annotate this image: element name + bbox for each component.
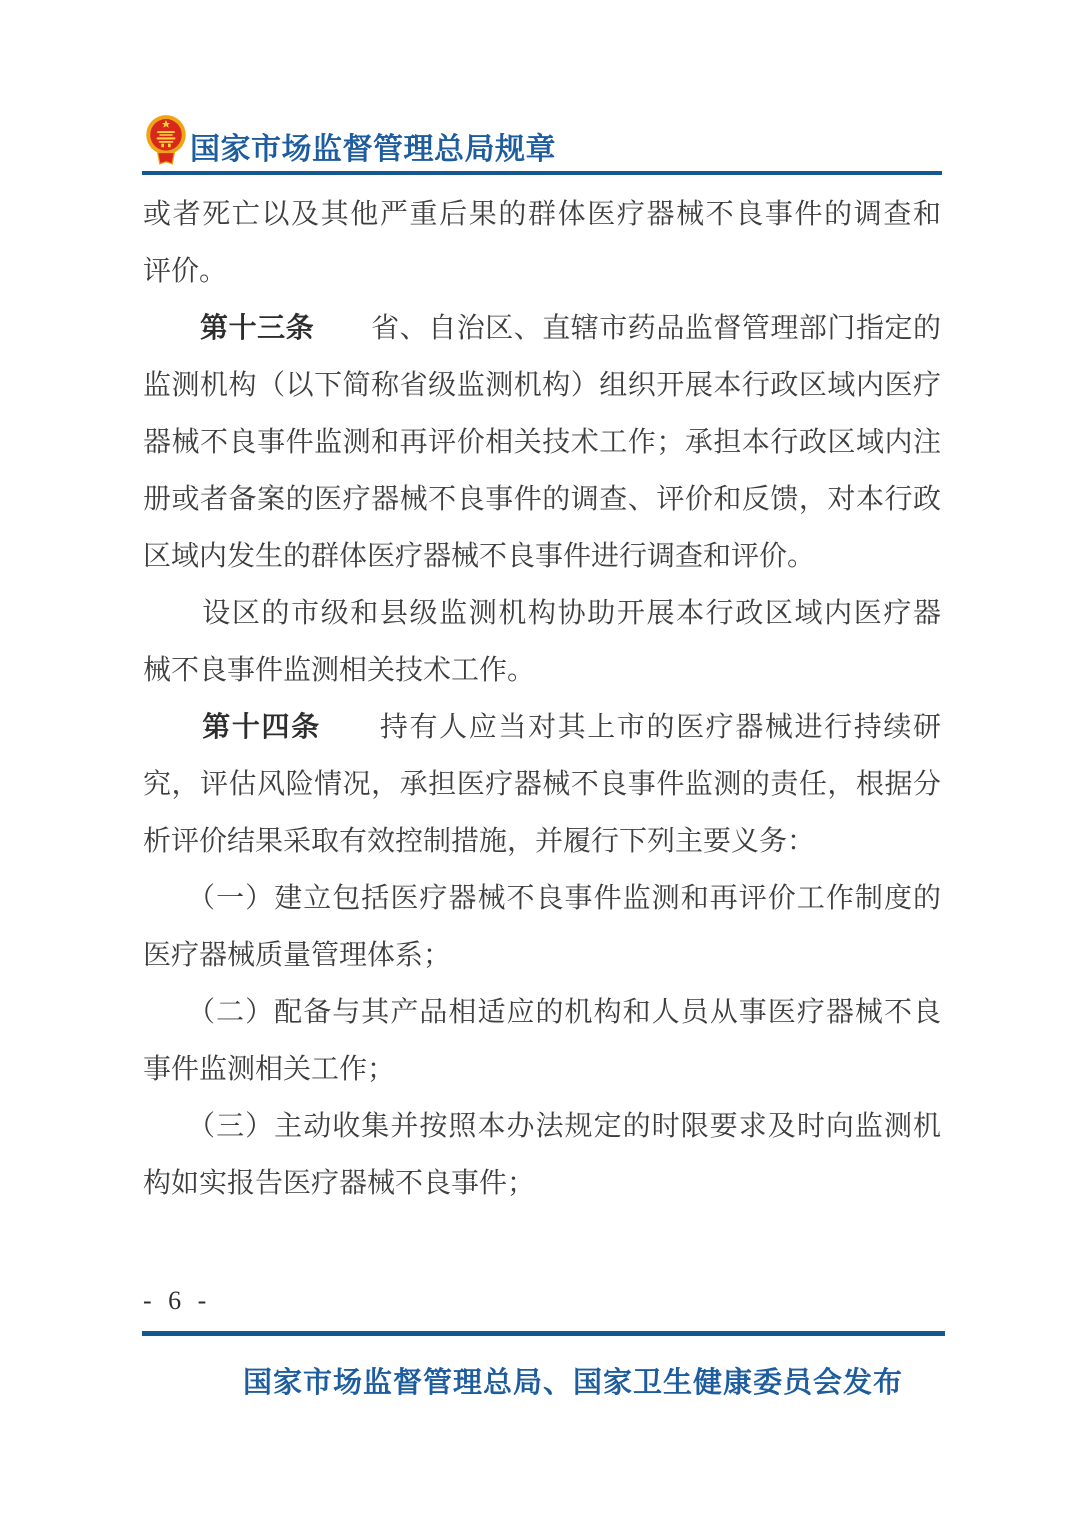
text-line: 册或者备案的医疗器械不良事件的调查、评价和反馈，对本行政 bbox=[143, 471, 941, 528]
text-segment: 评价。 bbox=[143, 256, 227, 287]
text-line: 评价。 bbox=[143, 243, 941, 300]
header-divider bbox=[142, 171, 942, 175]
text-line: 第十三条 省、自治区、直辖市药品监督管理部门指定的 bbox=[143, 300, 941, 357]
document-lines: 或者死亡以及其他严重后果的群体医疗器械不良事件的调查和评价。 第十三条 省、自治… bbox=[143, 186, 941, 1212]
text-segment: 监测机构（以下简称省级监测机构）组织开展本行政区域内医疗 bbox=[143, 370, 941, 401]
document-page: 国家市场监督管理总局规章 或者死亡以及其他严重后果的群体医疗器械不良事件的调查和… bbox=[0, 0, 1074, 1520]
text-line: 设区的市级和县级监测机构协助开展本行政区域内医疗器 bbox=[143, 585, 941, 642]
text-segment: 设区的市级和县级监测机构协助开展本行政区域内医疗器 bbox=[143, 598, 941, 629]
text-segment: 械不良事件监测相关技术工作。 bbox=[143, 655, 535, 686]
text-segment: （二）配备与其产品相适应的机构和人员从事医疗器械不良 bbox=[143, 997, 941, 1028]
text-segment: 或者死亡以及其他严重后果的群体医疗器械不良事件的调查和 bbox=[143, 199, 941, 230]
text-segment: 究，评估风险情况，承担医疗器械不良事件监测的责任，根据分 bbox=[143, 769, 941, 800]
text-segment: 医疗器械质量管理体系； bbox=[143, 940, 451, 971]
text-line: 析评价结果采取有效控制措施，并履行下列主要义务： bbox=[143, 813, 941, 870]
text-line: 监测机构（以下简称省级监测机构）组织开展本行政区域内医疗 bbox=[143, 357, 941, 414]
text-line: 区域内发生的群体医疗器械不良事件进行调查和评价。 bbox=[143, 528, 941, 585]
text-line: 究，评估风险情况，承担医疗器械不良事件监测的责任，根据分 bbox=[143, 756, 941, 813]
text-line: （一）建立包括医疗器械不良事件监测和再评价工作制度的 bbox=[143, 870, 941, 927]
text-line: 或者死亡以及其他严重后果的群体医疗器械不良事件的调查和 bbox=[143, 186, 941, 243]
text-line: （三）主动收集并按照本办法规定的时限要求及时向监测机 bbox=[143, 1098, 941, 1155]
text-segment: 区域内发生的群体医疗器械不良事件进行调查和评价。 bbox=[143, 541, 815, 572]
article-number: 第十四条 bbox=[202, 712, 320, 743]
page-number: - 6 - bbox=[143, 1286, 211, 1316]
footer-divider bbox=[142, 1331, 945, 1336]
text-line: 构如实报告医疗器械不良事件； bbox=[143, 1155, 941, 1212]
text-line: （二）配备与其产品相适应的机构和人员从事医疗器械不良 bbox=[143, 984, 941, 1041]
text-segment: 持有人应当对其上市的医疗器械进行持续研 bbox=[321, 712, 941, 743]
text-segment: （一）建立包括医疗器械不良事件监测和再评价工作制度的 bbox=[143, 883, 941, 914]
text-segment bbox=[143, 712, 202, 743]
text-line: 第十四条 持有人应当对其上市的医疗器械进行持续研 bbox=[143, 699, 941, 756]
text-segment: 析评价结果采取有效控制措施，并履行下列主要义务： bbox=[143, 826, 815, 857]
text-line: 械不良事件监测相关技术工作。 bbox=[143, 642, 941, 699]
text-segment: 事件监测相关工作； bbox=[143, 1054, 395, 1085]
text-line: 医疗器械质量管理体系； bbox=[143, 927, 941, 984]
china-national-emblem-icon bbox=[145, 113, 187, 167]
text-segment: 器械不良事件监测和再评价相关技术工作；承担本行政区域内注 bbox=[143, 427, 941, 458]
text-segment: （三）主动收集并按照本办法规定的时限要求及时向监测机 bbox=[143, 1111, 941, 1142]
text-segment: 省、自治区、直辖市药品监督管理部门指定的 bbox=[314, 313, 941, 344]
document-header-title: 国家市场监督管理总局规章 bbox=[190, 124, 556, 168]
text-line: 事件监测相关工作； bbox=[143, 1041, 941, 1098]
text-segment bbox=[143, 313, 200, 344]
article-number: 第十三条 bbox=[200, 313, 314, 344]
text-segment: 册或者备案的医疗器械不良事件的调查、评价和反馈，对本行政 bbox=[143, 484, 941, 515]
text-line: 器械不良事件监测和再评价相关技术工作；承担本行政区域内注 bbox=[143, 414, 941, 471]
footer-publisher: 国家市场监督管理总局、国家卫生健康委员会发布 bbox=[142, 1360, 945, 1401]
text-segment: 构如实报告医疗器械不良事件； bbox=[143, 1168, 535, 1199]
